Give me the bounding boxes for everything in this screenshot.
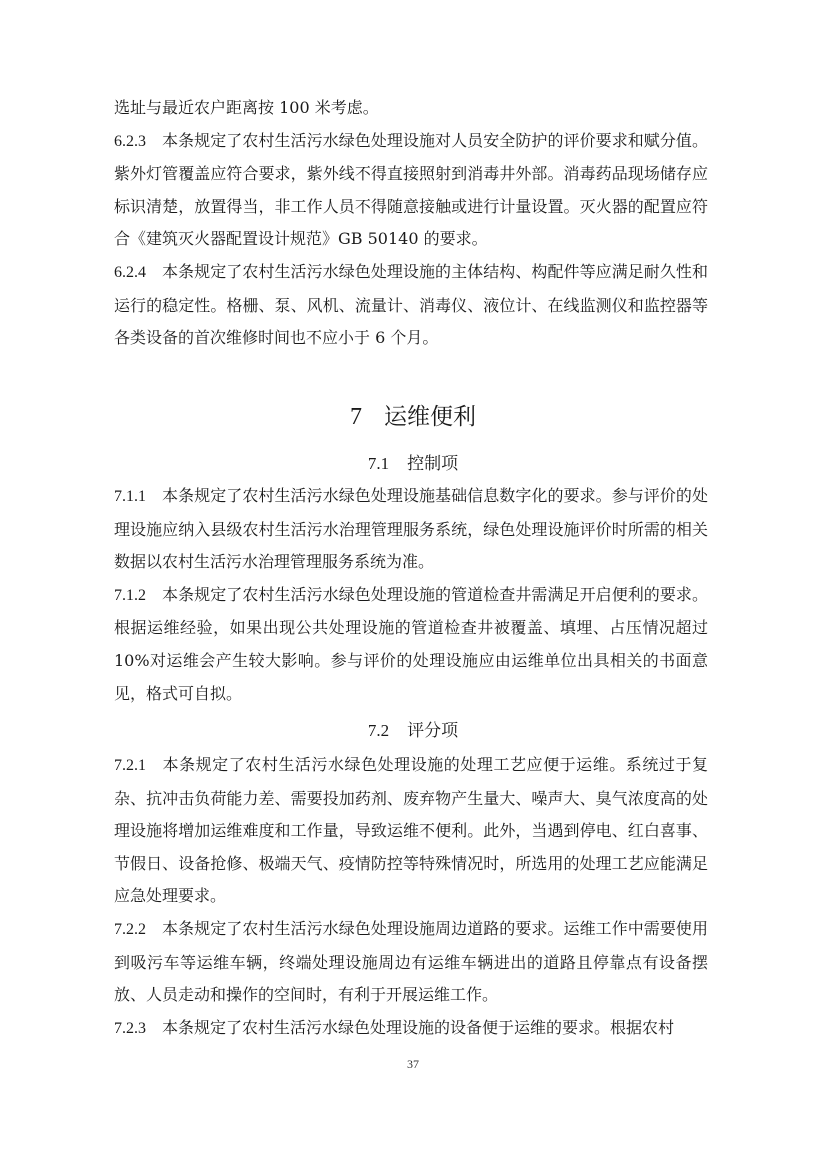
section-heading-7-1: 7.1控制项 <box>0 449 826 474</box>
section-6-tail: 选址与最近农户距离按 100 米考虑。 6.2.3本条规定了农村生活污水绿色处理… <box>114 92 708 355</box>
clause-number: 6.2.4 <box>114 264 146 281</box>
clause-text: 本条规定了农村生活污水绿色处理设施周边道路的要求。运维工作中需要使用到吸污车等运… <box>114 919 708 1004</box>
clause-number: 7.1.1 <box>114 488 146 505</box>
clause-number: 7.2.2 <box>114 921 146 938</box>
section-title: 控制项 <box>407 454 458 474</box>
document-page: 选址与最近农户距离按 100 米考虑。 6.2.3本条规定了农村生活污水绿色处理… <box>0 0 826 1169</box>
clause-number: 7.2.3 <box>114 1020 146 1037</box>
page-number: 37 <box>0 1057 826 1072</box>
section-title: 评分项 <box>407 721 458 741</box>
clause-text: 本条规定了农村生活污水绿色处理设施对人员安全防护的评价要求和赋分值。紫外灯管覆盖… <box>114 131 708 249</box>
clause-7-2-2: 7.2.2本条规定了农村生活污水绿色处理设施周边道路的要求。运维工作中需要使用到… <box>114 913 708 1012</box>
clause-text: 本条规定了农村生活污水绿色处理设施的设备便于运维的要求。根据农村 <box>162 1018 674 1037</box>
clause-7-1-2: 7.1.2本条规定了农村生活污水绿色处理设施的管道检查井需满足开启便利的要求。根… <box>114 579 708 710</box>
clause-text: 本条规定了农村生活污水绿色处理设施的主体结构、构配件等应满足耐久性和运行的稳定性… <box>114 262 708 347</box>
clause-7-2-1: 7.2.1本条规定了农村生活污水绿色处理设施的处理工艺应便于运维。系统过于复杂、… <box>114 749 708 913</box>
clause-7-1-1: 7.1.1本条规定了农村生活污水绿色处理设施基础信息数字化的要求。参与评价的处理… <box>114 480 708 579</box>
chapter-title: 运维便利 <box>384 404 476 430</box>
clause-text: 本条规定了农村生活污水绿色处理设施的管道检查井需满足开启便利的要求。根据运维经验… <box>114 585 708 703</box>
section-7-2-body: 7.2.1本条规定了农村生活污水绿色处理设施的处理工艺应便于运维。系统过于复杂、… <box>114 749 708 1045</box>
chapter-number: 7 <box>350 404 362 430</box>
clause-number: 7.2.1 <box>114 757 146 774</box>
clause-text: 本条规定了农村生活污水绿色处理设施的处理工艺应便于运维。系统过于复杂、抗冲击负荷… <box>114 755 708 905</box>
section-heading-7-2: 7.2评分项 <box>0 716 826 741</box>
clause-number: 6.2.3 <box>114 133 146 150</box>
clause-text: 本条规定了农村生活污水绿色处理设施基础信息数字化的要求。参与评价的处理设施应纳入… <box>114 486 708 571</box>
section-number: 7.2 <box>368 721 389 740</box>
continuation-paragraph: 选址与最近农户距离按 100 米考虑。 <box>114 92 708 125</box>
section-7-1-body: 7.1.1本条规定了农村生活污水绿色处理设施基础信息数字化的要求。参与评价的处理… <box>114 480 708 710</box>
section-number: 7.1 <box>368 454 389 473</box>
chapter-heading: 7运维便利 <box>0 398 826 431</box>
clause-6-2-3: 6.2.3本条规定了农村生活污水绿色处理设施对人员安全防护的评价要求和赋分值。紫… <box>114 125 708 256</box>
clause-6-2-4: 6.2.4本条规定了农村生活污水绿色处理设施的主体结构、构配件等应满足耐久性和运… <box>114 256 708 355</box>
clause-7-2-3: 7.2.3本条规定了农村生活污水绿色处理设施的设备便于运维的要求。根据农村 <box>114 1012 708 1046</box>
clause-number: 7.1.2 <box>114 587 146 604</box>
